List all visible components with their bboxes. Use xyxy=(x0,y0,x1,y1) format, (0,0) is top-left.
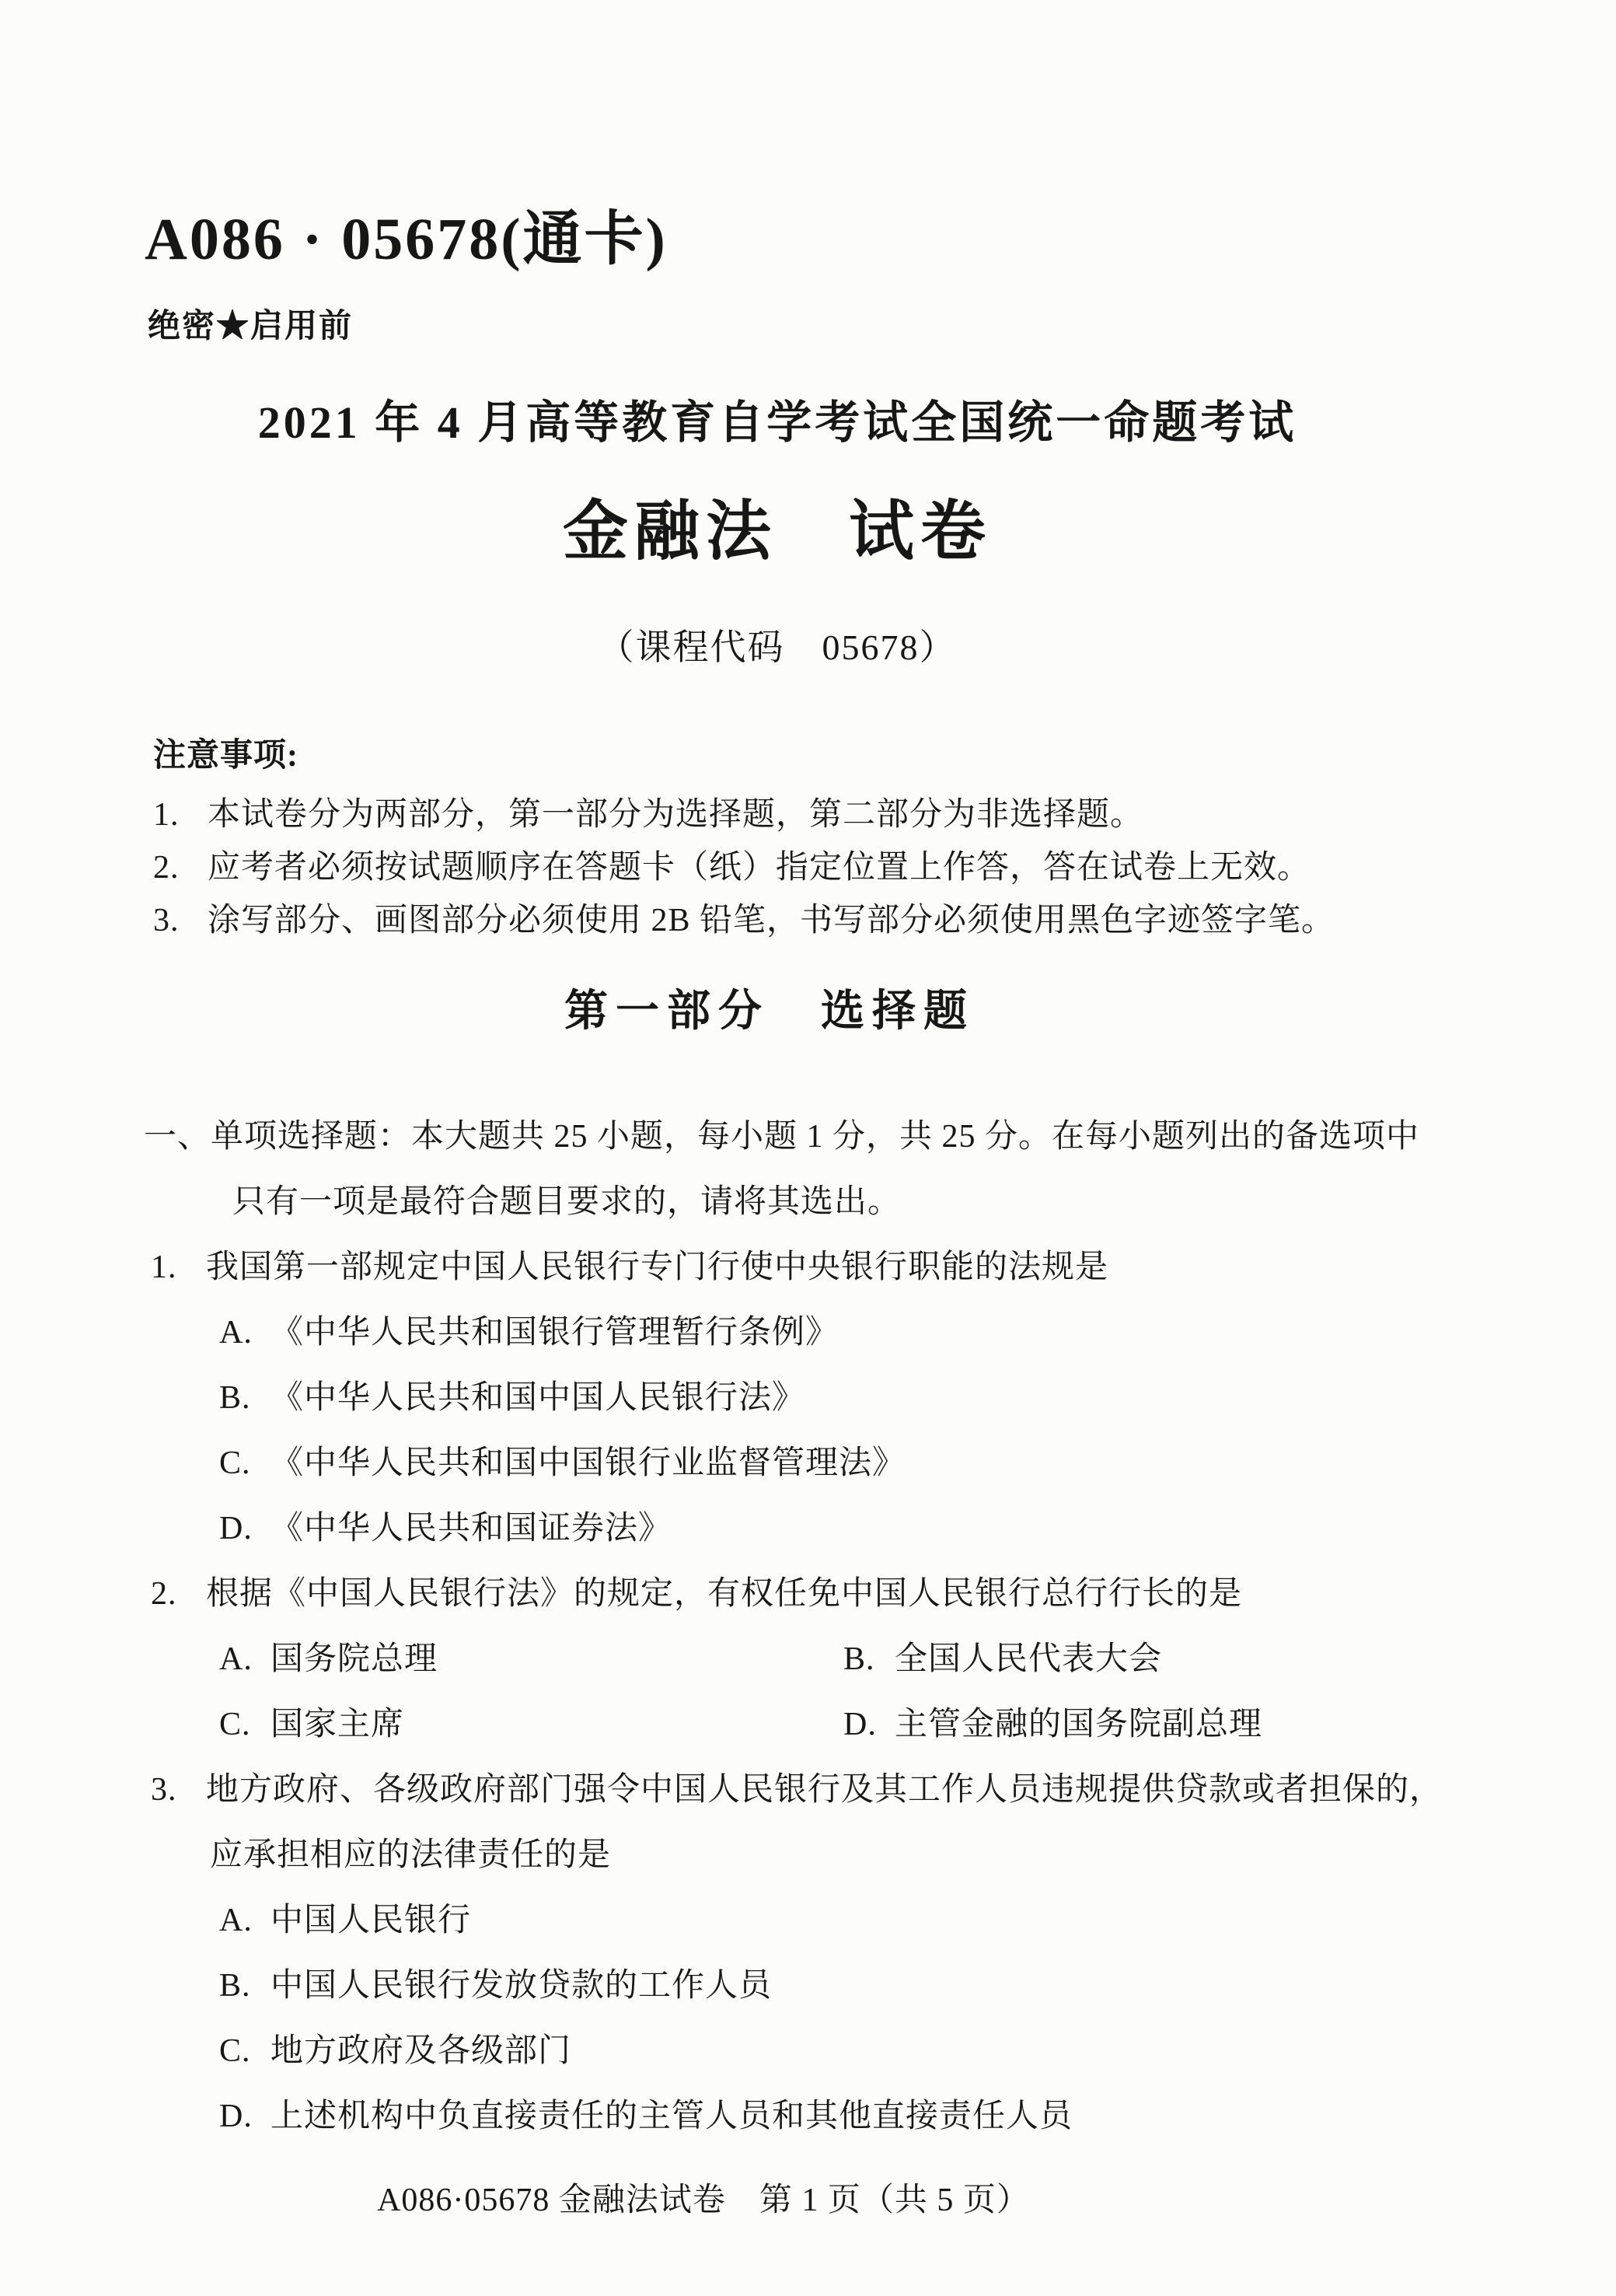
question-1-option-a-text: 《中华人民共和国银行管理暂行条例》 xyxy=(270,1315,839,1351)
question-2-stem: 2.根据《中国人民银行法》的规定，有权任免中国人民银行总行行长的是 xyxy=(144,1561,1543,1627)
question-3-option-b: B.中国人民银行发放贷款的工作人员 xyxy=(144,1953,1543,2018)
question-3-option-a-text: 中国人民银行 xyxy=(270,1903,471,1938)
question-1-option-a: A.《中华人民共和国银行管理暂行条例》 xyxy=(144,1300,1543,1365)
secrecy-label: 绝密★启用前 xyxy=(148,300,353,347)
question-2-options-row-2: C.国家主席 D.主管金融的国务院副总理 xyxy=(144,1692,1543,1757)
notice-item-3-number: 3. xyxy=(153,902,208,939)
question-1-option-a-label: A. xyxy=(219,1300,270,1365)
question-2-option-a: A.国务院总理 xyxy=(219,1641,438,1677)
questions-section: 一、单项选择题：本大题共 25 小题，每小题 1 分，共 25 分。在每小题列出… xyxy=(144,1104,1543,2149)
course-code: （课程代码 05678） xyxy=(0,619,1555,670)
question-2-option-b: B.全国人民代表大会 xyxy=(843,1627,1162,1692)
question-2-option-b-label: B. xyxy=(843,1627,895,1692)
subject-title: 金融法 试卷 xyxy=(0,479,1555,573)
question-3-option-c-text: 地方政府及各级部门 xyxy=(270,2033,571,2069)
question-1-stem: 1.我国第一部规定中国人民银行专门行使中央银行职能的法规是 xyxy=(144,1235,1543,1300)
question-3-option-a-label: A. xyxy=(219,1888,270,1953)
question-2-number: 2. xyxy=(151,1561,206,1627)
section1-intro-line1: 一、单项选择题：本大题共 25 小题，每小题 1 分，共 25 分。在每小题列出… xyxy=(144,1104,1543,1169)
question-2-option-a-text: 国务院总理 xyxy=(270,1641,438,1677)
question-2-option-c-text: 国家主席 xyxy=(270,1707,404,1742)
question-2-option-d: D.主管金融的国务院副总理 xyxy=(843,1692,1262,1757)
notice-item-3: 3.涂写部分、画图部分必须使用 2B 铅笔，书写部分必须使用黑色字迹签字笔。 xyxy=(153,894,1335,941)
question-1-stem-text: 我国第一部规定中国人民银行专门行使中央银行职能的法规是 xyxy=(206,1249,1108,1285)
question-3-option-c-label: C. xyxy=(219,2018,270,2084)
question-2-stem-text: 根据《中国人民银行法》的规定，有权任免中国人民银行总行行长的是 xyxy=(206,1576,1242,1612)
notice-item-2-number: 2. xyxy=(153,849,208,886)
question-3-stem-text-line1: 地方政府、各级政府部门强令中国人民银行及其工作人员违规提供贷款或者担保的， xyxy=(206,1772,1443,1808)
notices-heading: 注意事项: xyxy=(153,729,1335,776)
question-1-option-d-text: 《中华人民共和国证券法》 xyxy=(270,1511,672,1546)
exam-session-title: 2021 年 4 月高等教育自学考试全国统一命题考试 xyxy=(0,386,1555,451)
question-1-option-b-text: 《中华人民共和国中国人民银行法》 xyxy=(270,1380,805,1416)
question-1-option-b-label: B. xyxy=(219,1365,270,1431)
notice-item-1-text: 本试卷分为两部分，第一部分为选择题，第二部分为非选择题。 xyxy=(208,797,1143,833)
question-3-stem-line2: 应承担相应的法律责任的是 xyxy=(144,1822,1543,1888)
question-2-option-d-label: D. xyxy=(843,1692,895,1757)
notice-item-1-number: 1. xyxy=(153,796,208,833)
notice-item-3-text: 涂写部分、画图部分必须使用 2B 铅笔，书写部分必须使用黑色字迹签字笔。 xyxy=(208,903,1335,938)
page-footer: A086·05678 金融法试卷 第 1 页（共 5 页） xyxy=(144,2174,1263,2221)
question-2-option-c-label: C. xyxy=(219,1692,270,1757)
question-1-option-d: D.《中华人民共和国证券法》 xyxy=(144,1496,1543,1561)
notice-item-2-text: 应考者必须按试题顺序在答题卡（纸）指定位置上作答，答在试卷上无效。 xyxy=(208,850,1311,886)
question-3-option-d-label: D. xyxy=(219,2084,270,2149)
part1-heading: 第一部分 选择题 xyxy=(0,977,1539,1039)
question-3-option-c: C.地方政府及各级部门 xyxy=(144,2018,1543,2084)
notice-item-1: 1.本试卷分为两部分，第一部分为选择题，第二部分为非选择题。 xyxy=(153,788,1335,835)
paper-code: A086 · 05678(通卡) xyxy=(145,191,668,276)
notice-item-2: 2.应考者必须按试题顺序在答题卡（纸）指定位置上作答，答在试卷上无效。 xyxy=(153,841,1335,888)
section1-intro-line2: 只有一项是最符合题目要求的，请将其选出。 xyxy=(144,1169,1543,1235)
question-1-option-c: C.《中华人民共和国中国银行业监督管理法》 xyxy=(144,1431,1543,1496)
question-1-option-d-label: D. xyxy=(219,1496,270,1561)
question-1-option-c-text: 《中华人民共和国中国银行业监督管理法》 xyxy=(270,1445,906,1481)
question-2-option-c: C.国家主席 xyxy=(219,1707,404,1742)
question-3-number: 3. xyxy=(151,1757,206,1822)
question-2-option-a-label: A. xyxy=(219,1627,270,1692)
question-2-option-b-text: 全国人民代表大会 xyxy=(895,1641,1162,1677)
exam-paper-page: A086 · 05678(通卡) 绝密★启用前 2021 年 4 月高等教育自学… xyxy=(0,0,1616,2296)
notices-section: 注意事项: 1.本试卷分为两部分，第一部分为选择题，第二部分为非选择题。 2.应… xyxy=(153,729,1335,947)
question-3-option-a: A.中国人民银行 xyxy=(144,1888,1543,1953)
question-3-option-d: D.上述机构中负直接责任的主管人员和其他直接责任人员 xyxy=(144,2084,1543,2149)
question-2-option-d-text: 主管金融的国务院副总理 xyxy=(895,1707,1262,1742)
question-3-option-b-label: B. xyxy=(219,1953,270,2018)
question-2-options-row-1: A.国务院总理 B.全国人民代表大会 xyxy=(144,1627,1543,1692)
question-1-option-c-label: C. xyxy=(219,1431,270,1496)
question-1-option-b: B.《中华人民共和国中国人民银行法》 xyxy=(144,1365,1543,1431)
question-3-option-b-text: 中国人民银行发放贷款的工作人员 xyxy=(270,1968,772,2004)
question-3-stem: 3.地方政府、各级政府部门强令中国人民银行及其工作人员违规提供贷款或者担保的， xyxy=(144,1757,1543,1822)
question-3-option-d-text: 上述机构中负直接责任的主管人员和其他直接责任人员 xyxy=(270,2099,1073,2134)
question-1-number: 1. xyxy=(151,1235,206,1300)
